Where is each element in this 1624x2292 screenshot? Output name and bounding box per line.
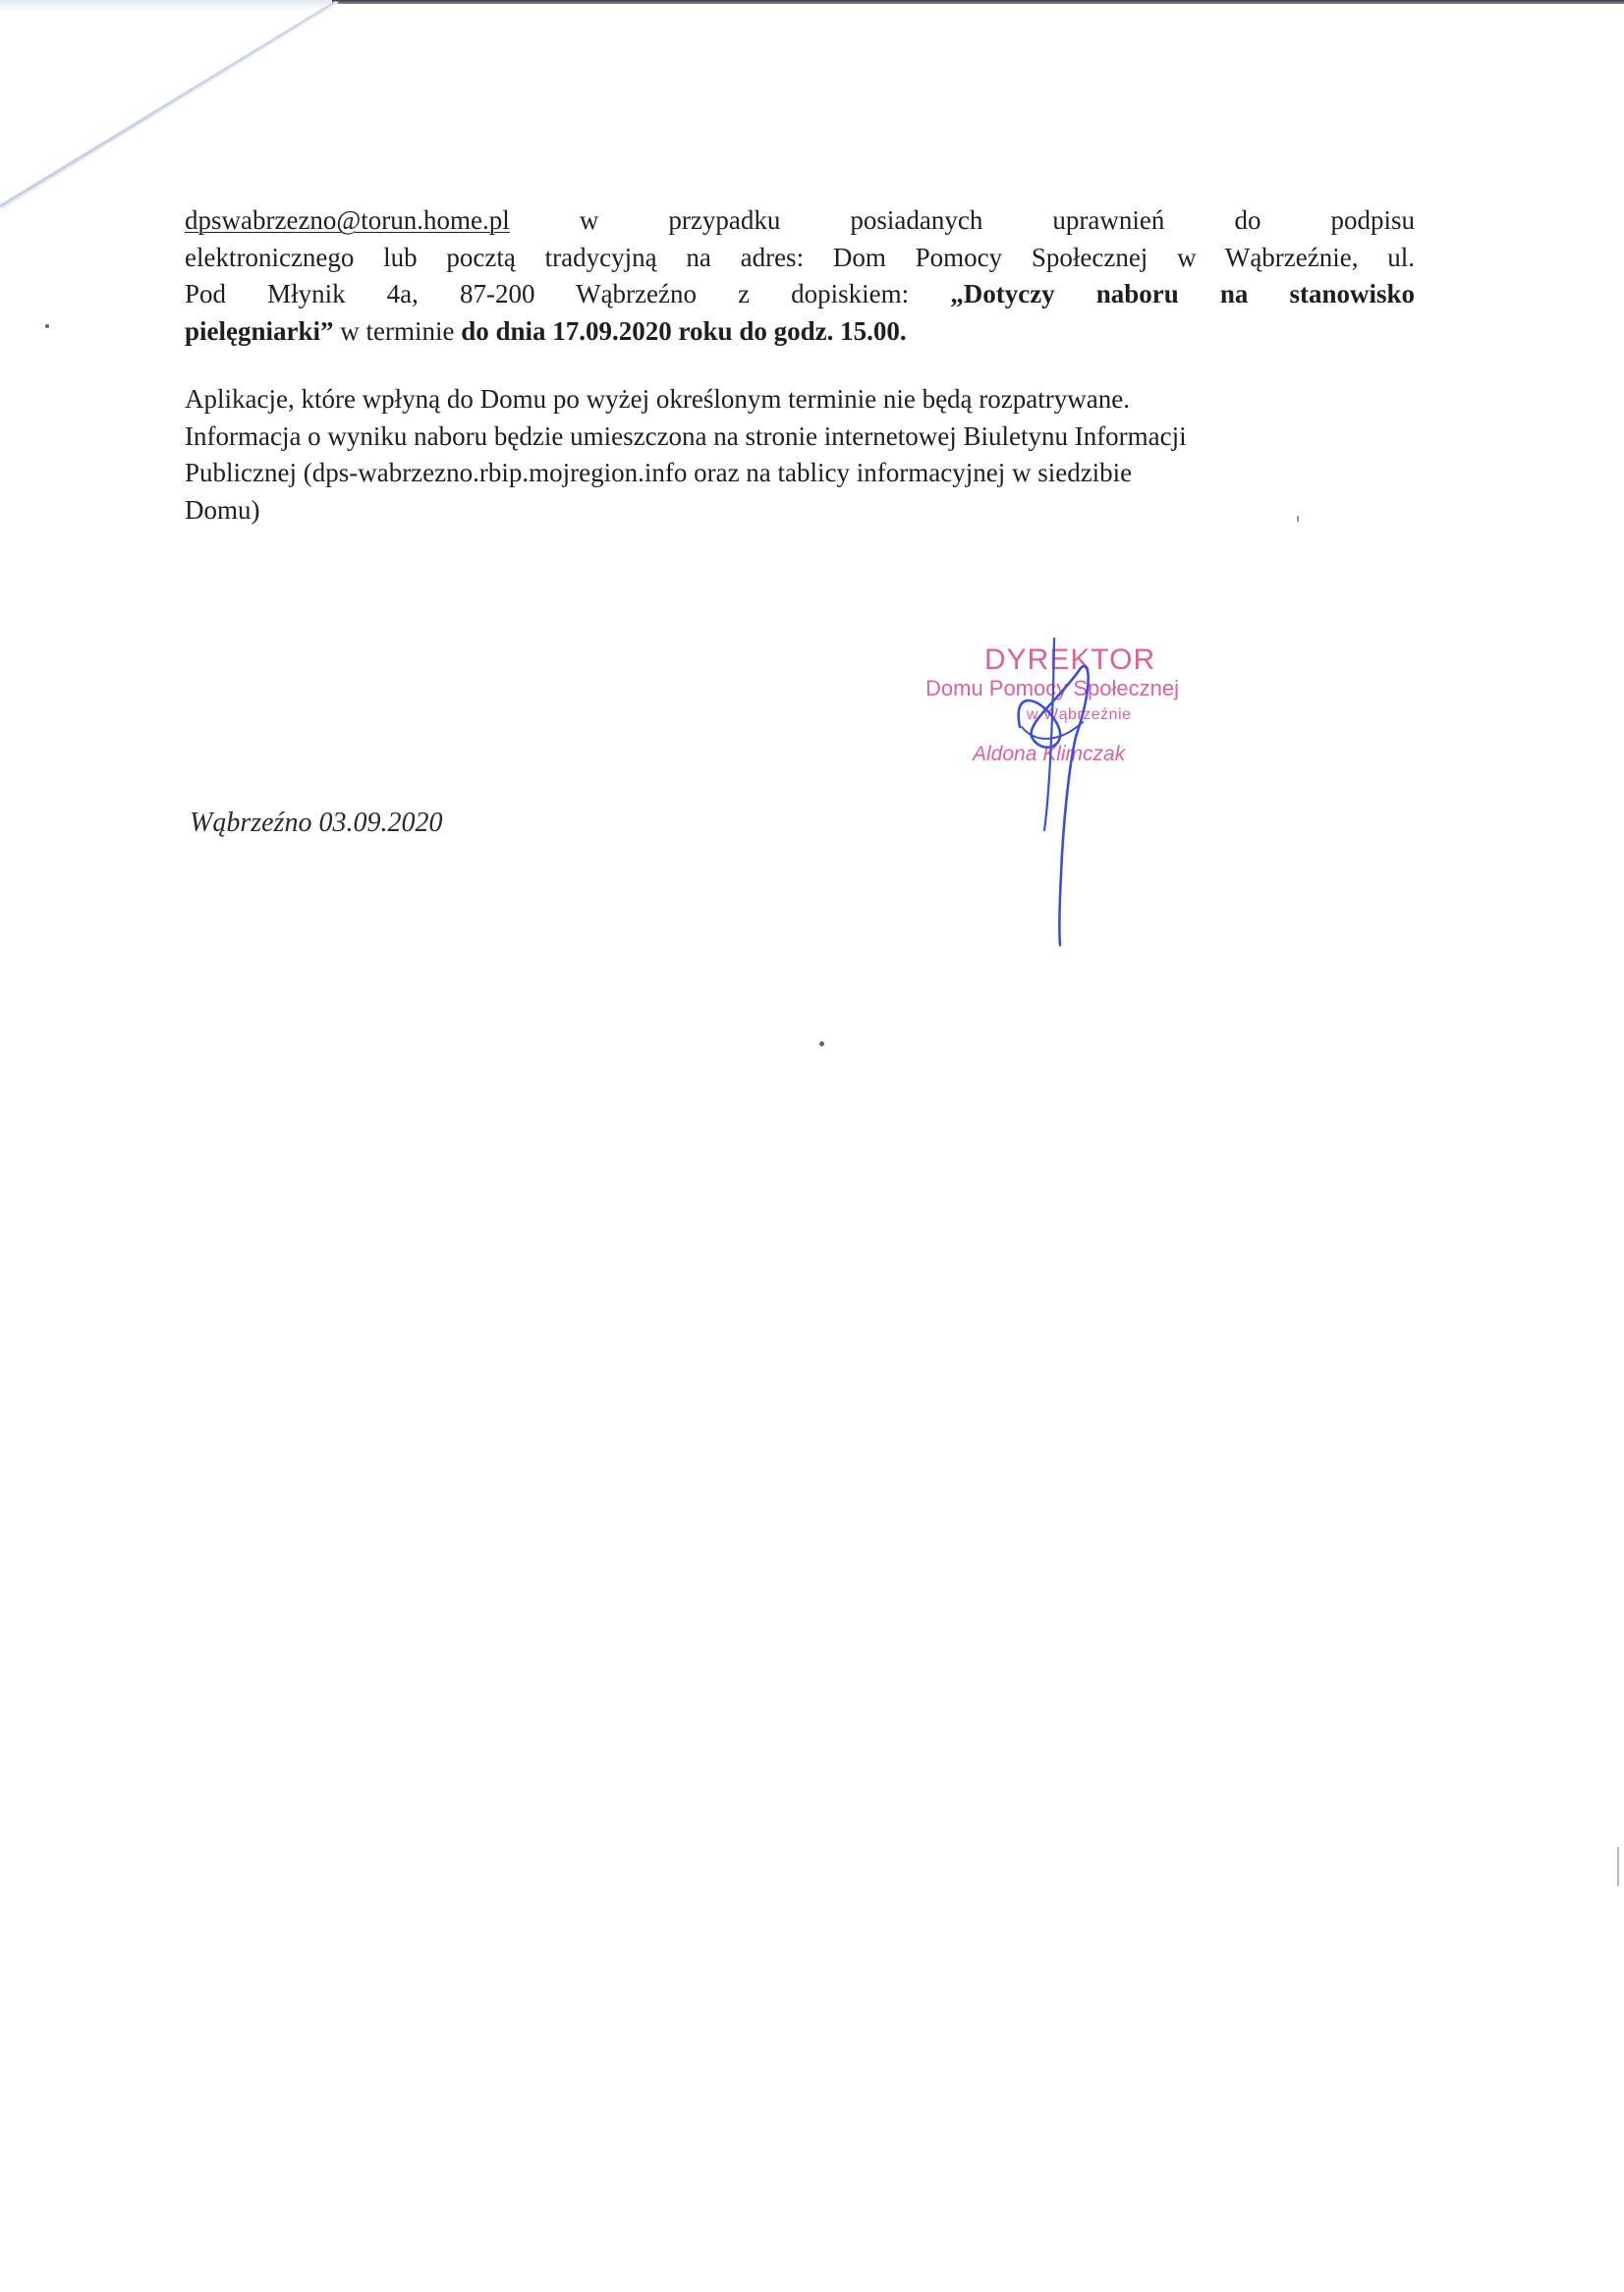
place-and-date: Wąbrzeźno 03.09.2020 [190,808,442,839]
text: Pod Młynik 4a, 87-200 Wąbrzeźno z dopisk… [185,279,950,308]
result-information-paragraph: Aplikacje, które wpłyną do Domu po wyżej… [185,381,1415,529]
paragraph-line: Domu) [185,492,1415,530]
scan-speck [1297,516,1299,522]
email-link[interactable]: dpswabrzezno@torun.home.pl [185,205,510,235]
subject-note: „Dotyczy naboru na stanowisko [950,279,1415,308]
scan-top-edge [332,0,1624,4]
text: w terminie [334,316,462,346]
deadline: do dnia 17.09.2020 roku do godz. 15.00. [461,316,906,346]
handwritten-signature [1002,629,1120,953]
subject-note-end: pielęgniarki” [185,316,334,346]
text: w przypadku posiadanych uprawnień do pod… [580,205,1415,235]
scan-speck [1617,1847,1619,1886]
paragraph-line: pielęgniarki” w terminie do dnia 17.09.2… [185,313,1415,351]
scan-speck [819,1041,824,1046]
paragraph-line: Informacja o wyniku naboru będzie umiesz… [185,419,1415,456]
scan-speck [45,324,49,328]
paragraph-line: Aplikacje, które wpłyną do Domu po wyżej… [185,381,1415,419]
application-instructions-paragraph: dpswabrzezno@torun.home.pl w przypadku p… [185,202,1415,350]
paragraph-line: elektronicznego lub pocztą tradycyjną na… [185,240,1415,277]
paragraph-line: dpswabrzezno@torun.home.pl w przypadku p… [185,202,1415,240]
scan-folded-corner [0,0,393,216]
paragraph-line: Publicznej (dps-wabrzezno.rbip.mojregion… [185,455,1415,492]
paragraph-line: Pod Młynik 4a, 87-200 Wąbrzeźno z dopisk… [185,276,1415,313]
